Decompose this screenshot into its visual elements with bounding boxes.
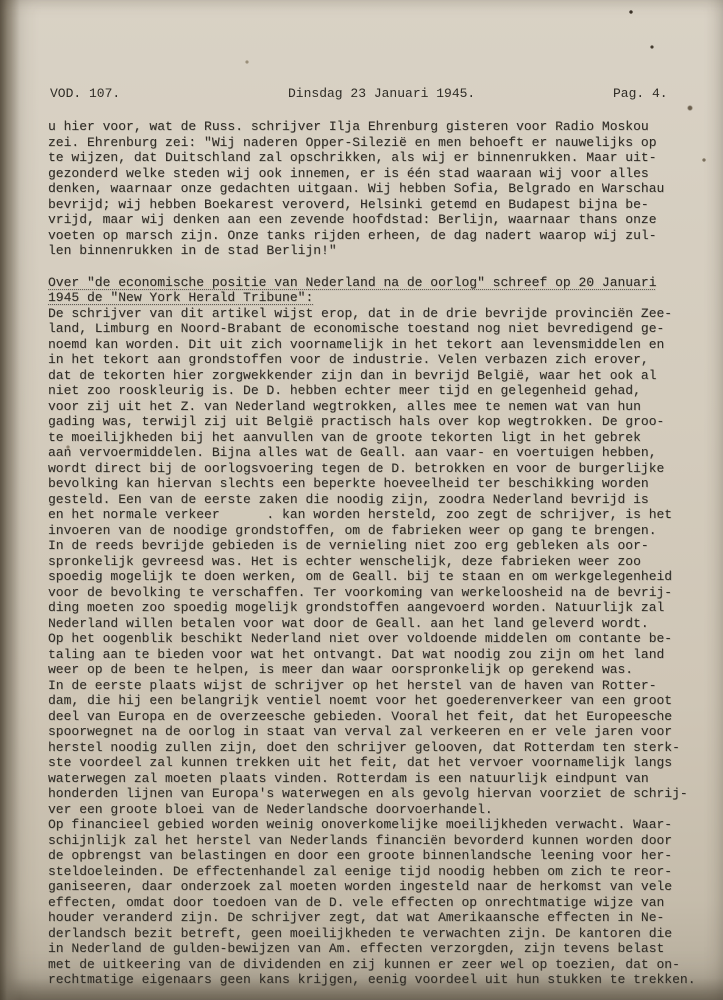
section-heading-economic-position: Over "de economische positie van Nederla… <box>48 275 698 306</box>
paragraph-ehrenburg-radio-moskou: u hier voor, wat de Russ. schrijver Ilja… <box>48 119 698 259</box>
doc-id: VOD. 107. <box>50 86 120 101</box>
page-number: Pag. 4. <box>613 86 668 101</box>
page-header: VOD. 107. Dinsdag 23 Januari 1945. Pag. … <box>48 86 698 102</box>
doc-date: Dinsdag 23 Januari 1945. <box>288 86 475 101</box>
paragraph-economic-position-body: De schrijver van dit artikel wijst erop,… <box>48 306 698 988</box>
scanned-document-page: VOD. 107. Dinsdag 23 Januari 1945. Pag. … <box>0 0 723 1000</box>
